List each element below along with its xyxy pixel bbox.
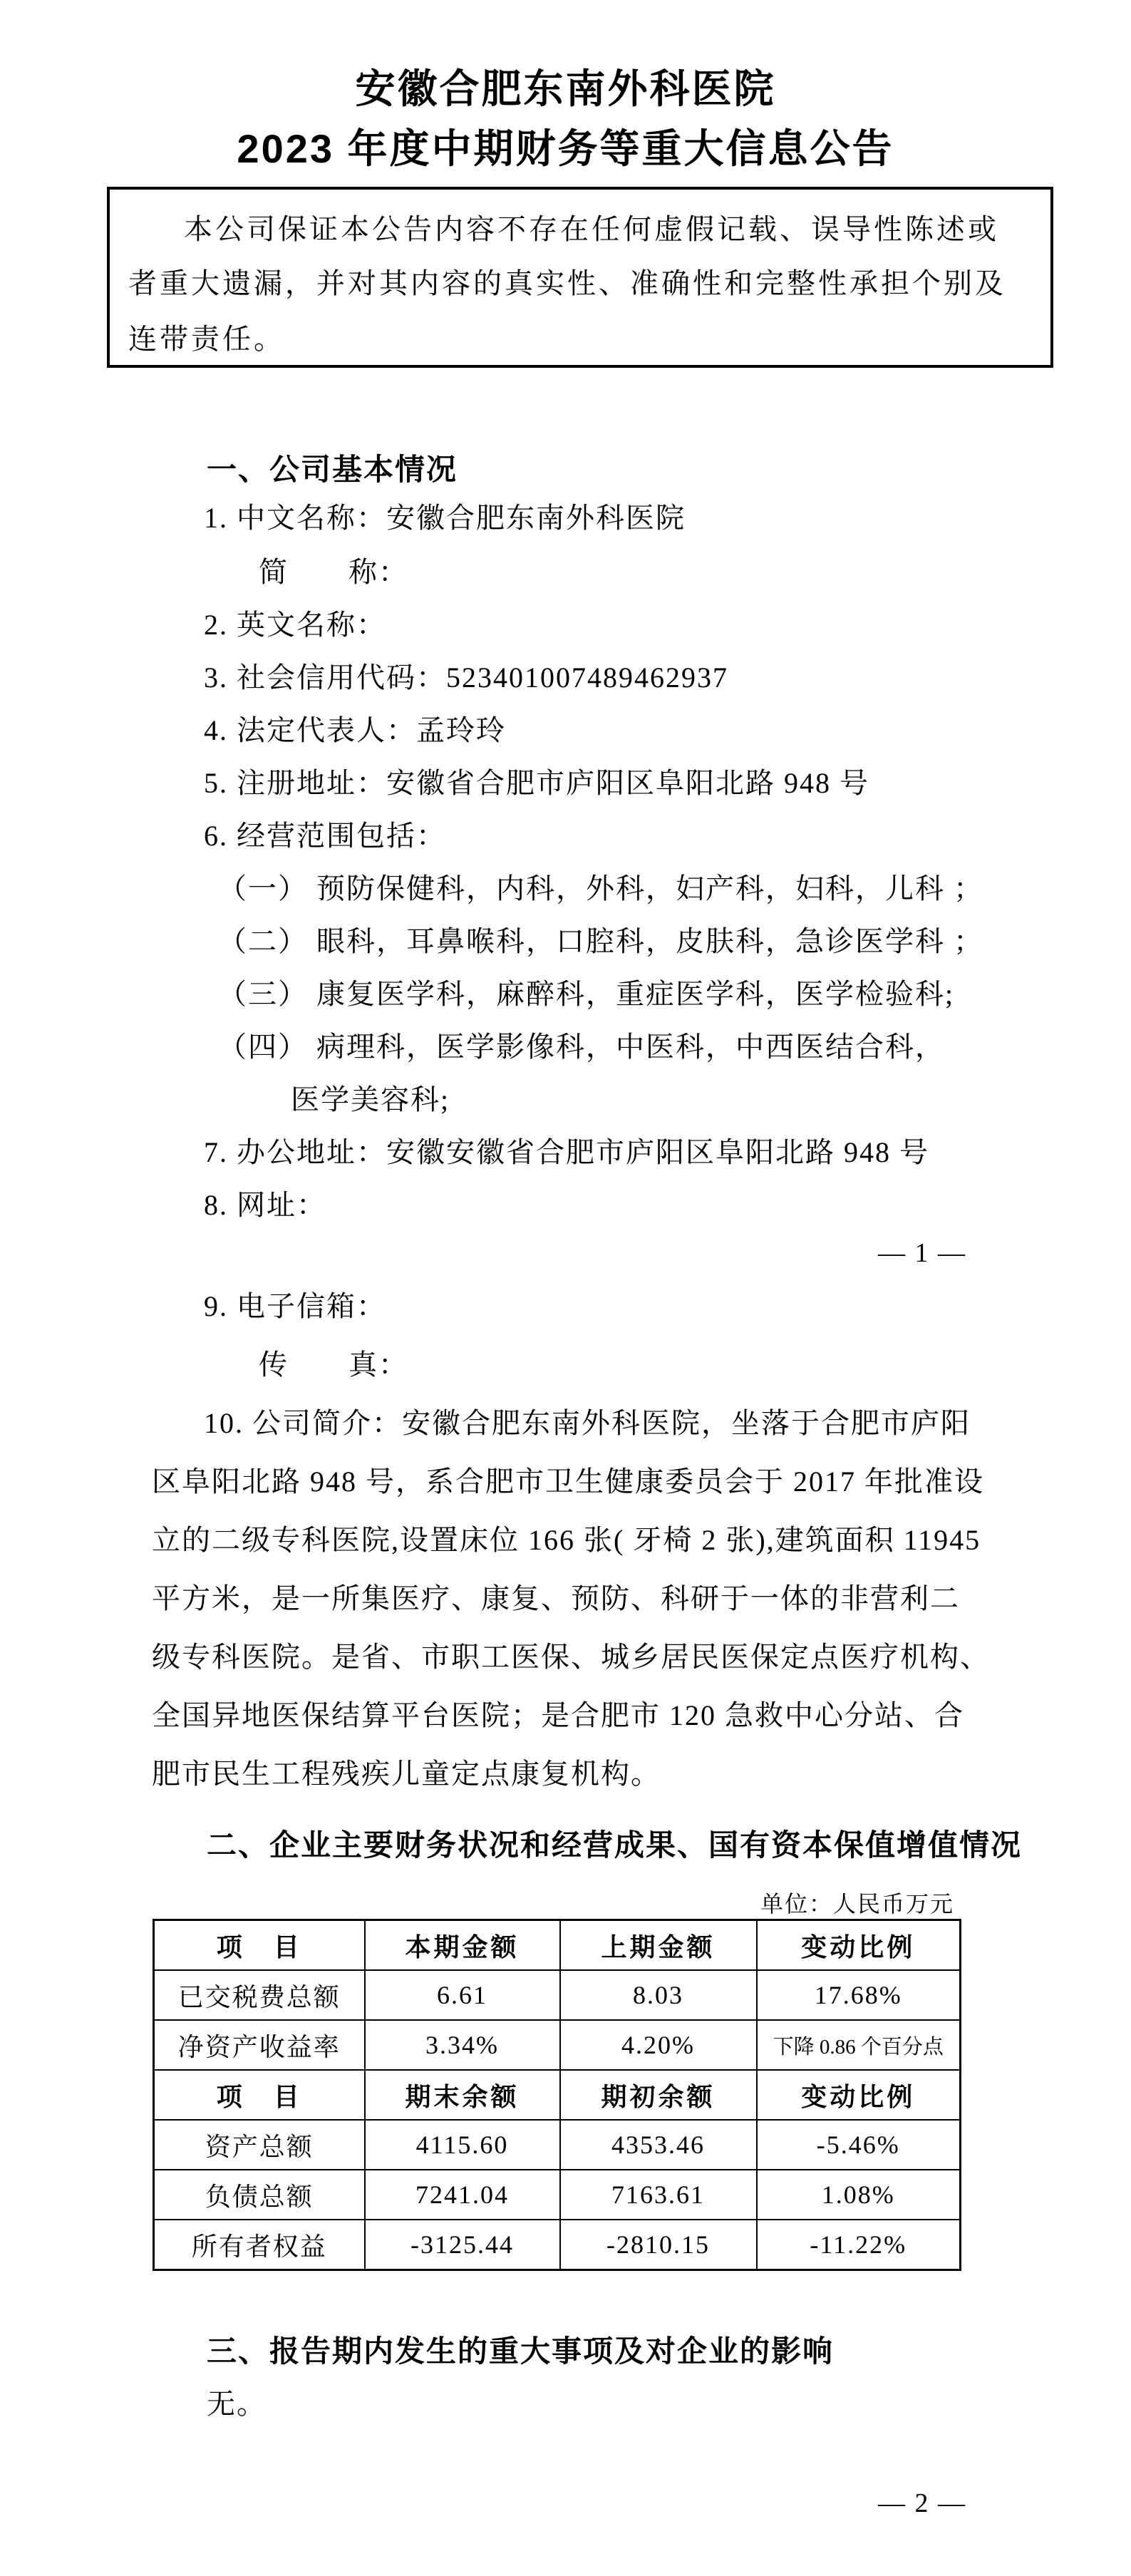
table-cell: 本期金额 bbox=[365, 1920, 560, 1971]
table-cell: 6.61 bbox=[365, 1970, 560, 2020]
table-cell: 1.08% bbox=[757, 2170, 961, 2220]
doc-line-english-name: 2. 英文名称： bbox=[204, 609, 386, 642]
table-cell: 项 目 bbox=[154, 1920, 365, 1971]
doc-line-office-address: 7. 办公地址：安徽安徽省合肥市庐阳区阜阳北路 948 号 bbox=[204, 1136, 929, 1169]
table-cell: -2810.15 bbox=[560, 2220, 757, 2270]
table-cell: -11.22% bbox=[757, 2220, 961, 2270]
page-1-marker: — 1 — bbox=[878, 1237, 966, 1269]
table-row: 负债总额 7241.04 7163.61 1.08% bbox=[154, 2170, 961, 2220]
table-cell: 变动比例 bbox=[757, 1920, 961, 1971]
profile-line: 10. 公司简介：安徽合肥东南外科医院，坐落于合肥市庐阳 bbox=[204, 1407, 971, 1440]
profile-line: 肥市民生工程残疾儿童定点康复机构。 bbox=[152, 1758, 661, 1791]
disclaimer-box: 本公司保证本公告内容不存在任何虚假记载、误导性陈述或 者重大遗漏，并对其内容的真… bbox=[107, 187, 1053, 368]
table-cell: 8.03 bbox=[560, 1970, 757, 2020]
table-cell: 期末余额 bbox=[365, 2070, 560, 2120]
disclaimer-line: 者重大遗漏，并对其内容的真实性、准确性和完整性承担个别及 bbox=[128, 261, 1006, 302]
document-page: 安徽合肥东南外科医院 2023 年度中期财务等重大信息公告 本公司保证本公告内容… bbox=[0, 0, 1131, 2576]
table-cell: 4115.60 bbox=[365, 2120, 560, 2170]
doc-line-scope-4-cont: 医学美容科; bbox=[291, 1083, 450, 1116]
profile-line: 级专科医院。是省、市职工医保、城乡居民医保定点医疗机构、 bbox=[152, 1641, 990, 1674]
table-cell: 17.68% bbox=[757, 1970, 961, 2020]
table-cell: -3125.44 bbox=[365, 2220, 560, 2270]
disclaimer-line: 连带责任。 bbox=[128, 316, 285, 357]
profile-line: 平方米，是一所集医疗、康复、预防、科研于一体的非营利二 bbox=[152, 1582, 960, 1615]
table-cell: 7163.61 bbox=[560, 2170, 757, 2220]
table-cell: 3.34% bbox=[365, 2020, 560, 2070]
unit-note: 单位：人民币万元 bbox=[760, 1886, 954, 1919]
section-1-heading: 一、公司基本情况 bbox=[207, 446, 458, 489]
document-title-line-1: 安徽合肥东南外科医院 bbox=[0, 67, 1131, 111]
table-cell: 4353.46 bbox=[560, 2120, 757, 2170]
doc-line-scope-2: （二） 眼科，耳鼻喉科，口腔科，皮肤科，急诊医学科 ； bbox=[218, 925, 983, 958]
doc-line-credit-code: 3. 社会信用代码：523401007489462937 bbox=[204, 661, 728, 694]
doc-line-scope-1: （一） 预防保健科，内科，外科，妇产科，妇科，儿科 ； bbox=[218, 872, 983, 905]
table-row: 所有者权益 -3125.44 -2810.15 -11.22% bbox=[154, 2220, 961, 2270]
doc-line-chinese-name: 1. 中文名称：安徽合肥东南外科医院 bbox=[204, 502, 686, 535]
table-cell: 4.20% bbox=[560, 2020, 757, 2070]
doc-line-fax: 传 真： bbox=[259, 1349, 408, 1381]
section-2-heading: 二、企业主要财务状况和经营成果、国有资本保值增值情况 bbox=[207, 1822, 1022, 1865]
document-title-line-2: 2023 年度中期财务等重大信息公告 bbox=[0, 127, 1131, 171]
table-cell: 项 目 bbox=[154, 2070, 365, 2120]
table-header-row: 项 目 本期金额 上期金额 变动比例 bbox=[154, 1920, 961, 1971]
section-3-body: 无。 bbox=[207, 2388, 267, 2421]
page-2-marker: — 2 — bbox=[878, 2488, 966, 2519]
table-row: 净资产收益率 3.34% 4.20% 下降 0.86 个百分点 bbox=[154, 2020, 961, 2070]
section-3-heading: 三、报告期内发生的重大事项及对企业的影响 bbox=[207, 2328, 834, 2371]
table-header-row: 项 目 期末余额 期初余额 变动比例 bbox=[154, 2070, 961, 2120]
doc-line-scope-3: （三） 康复医学科，麻醉科，重症医学科，医学检验科; bbox=[218, 978, 954, 1011]
table-cell: 变动比例 bbox=[757, 2070, 961, 2120]
table-cell: 所有者权益 bbox=[154, 2220, 365, 2270]
table-cell: -5.46% bbox=[757, 2120, 961, 2170]
financial-table: 项 目 本期金额 上期金额 变动比例 已交税费总额 6.61 8.03 17.6… bbox=[153, 1919, 961, 2271]
disclaimer-line: 本公司保证本公告内容不存在任何虚假记载、误导性陈述或 bbox=[184, 207, 999, 247]
table-row: 资产总额 4115.60 4353.46 -5.46% bbox=[154, 2120, 961, 2170]
table-cell: 资产总额 bbox=[154, 2120, 365, 2170]
table-cell: 负债总额 bbox=[154, 2170, 365, 2220]
doc-line-short-name: 简 称： bbox=[259, 556, 408, 589]
table-cell: 期初余额 bbox=[560, 2070, 757, 2120]
doc-line-website: 8. 网址： bbox=[204, 1189, 326, 1222]
table-cell: 已交税费总额 bbox=[154, 1970, 365, 2020]
doc-line-business-scope: 6. 经营范围包括： bbox=[204, 820, 446, 852]
doc-line-scope-4: （四） 病理科，医学影像科，中医科，中西医结合科， bbox=[218, 1031, 945, 1063]
profile-line: 立的二级专科医院,设置床位 166 张( 牙椅 2 张),建筑面积 11945 bbox=[152, 1524, 981, 1557]
table-cell: 上期金额 bbox=[560, 1920, 757, 1971]
profile-line: 全国异地医保结算平台医院；是合肥市 120 急救中心分站、合 bbox=[152, 1699, 964, 1732]
table-cell: 7241.04 bbox=[365, 2170, 560, 2220]
table-cell: 下降 0.86 个百分点 bbox=[757, 2020, 961, 2070]
table-cell: 净资产收益率 bbox=[154, 2020, 365, 2070]
doc-line-legal-rep: 4. 法定代表人：孟玲玲 bbox=[204, 714, 506, 747]
doc-line-email: 9. 电子信箱： bbox=[204, 1290, 386, 1323]
doc-line-reg-address: 5. 注册地址：安徽省合肥市庐阳区阜阳北路 948 号 bbox=[204, 767, 869, 800]
table-row: 已交税费总额 6.61 8.03 17.68% bbox=[154, 1970, 961, 2020]
profile-line: 区阜阳北路 948 号，系合肥市卫生健康委员会于 2017 年批准设 bbox=[152, 1465, 984, 1498]
